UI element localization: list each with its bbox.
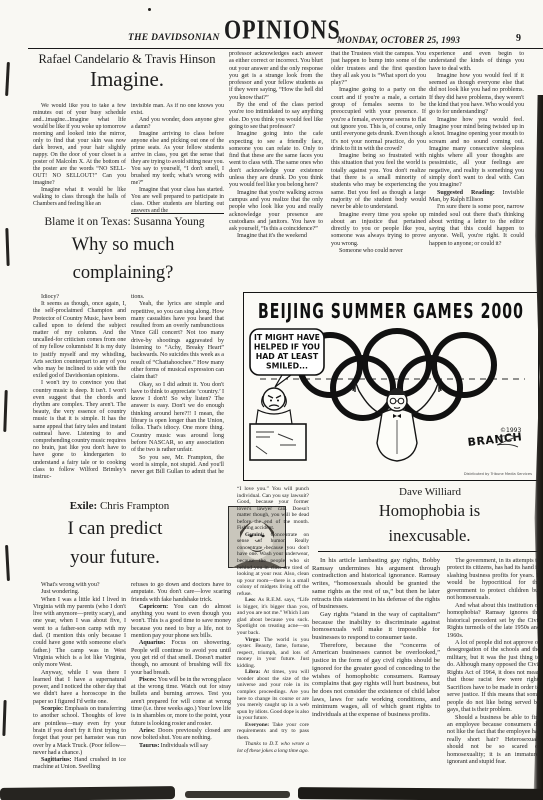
homophobia-headline-rule bbox=[318, 551, 540, 552]
masthead-paper-title: THE DAVIDSONIAN bbox=[128, 33, 220, 43]
speech-bubble: IT MIGHT HAVE HELPED IF YOU HAD AT LEAST… bbox=[250, 329, 324, 387]
scan-artifact-bottom-2 bbox=[185, 791, 290, 798]
syndication-credit: Distributed by Tribune Media Services bbox=[464, 472, 532, 476]
masthead-page-number: 9 bbox=[516, 33, 521, 44]
imagine-column-1: We would like you to take a few minutes … bbox=[33, 103, 126, 215]
scan-artifact-left-5 bbox=[2, 700, 6, 736]
copyright-text: ©1993 bbox=[500, 427, 521, 434]
scan-artifact-bottom-1 bbox=[0, 786, 175, 800]
cartoon-drawing: BEIJING SUMMER GAMES 2000 bbox=[244, 293, 538, 480]
imagine-headline: Imagine. bbox=[28, 64, 226, 96]
homophobia-column-1: In his article lambasting gay rights, Bo… bbox=[312, 557, 440, 769]
complaining-column-2: tions.Yeah, the lyrics are simple and re… bbox=[131, 294, 224, 476]
predict-byline-name: Chris Frampton bbox=[100, 500, 169, 512]
scan-artifact-left-3 bbox=[3, 390, 7, 432]
predict-headline-line1: I can predict bbox=[15, 514, 215, 543]
cartoonist-signature: BRANCH ©1993 Distributed by Tribune Medi… bbox=[464, 427, 532, 476]
predict-column-1: What's wrong with you?Just wondering.Whe… bbox=[33, 582, 126, 794]
masthead-date: MONDAY, OCTOBER 25, 1993 bbox=[337, 35, 460, 45]
hanging-gymnast-figure bbox=[353, 381, 441, 461]
complaining-headline-line2: complaining? bbox=[28, 259, 218, 287]
homophobia-headline-line2: inexcusable. bbox=[322, 523, 537, 548]
bubble-line-1: IT MIGHT HAVE bbox=[254, 333, 320, 342]
predict-byline-lead: Exile: bbox=[70, 500, 98, 512]
homophobia-headline-line1: Homophobia is bbox=[322, 498, 537, 523]
imagine-column-4: that the Trustees visit the campus. You … bbox=[331, 51, 426, 288]
bubble-line-4: SMILED... bbox=[266, 362, 308, 371]
homophobia-headline: Homophobia is inexcusable. bbox=[322, 498, 537, 548]
imagine-column-3: professor acknowledges each answer as ei… bbox=[229, 51, 323, 288]
homophobia-byline: Dave Williard bbox=[330, 486, 530, 498]
scan-artifact-bottom-3 bbox=[298, 787, 543, 800]
scan-artifact-speck bbox=[148, 8, 151, 11]
editorial-cartoon: BEIJING SUMMER GAMES 2000 bbox=[243, 292, 539, 481]
complaining-byline: Blame it on Texas: Susanna Young bbox=[22, 216, 227, 228]
bubble-line-2: HELPED IF YOU bbox=[254, 343, 320, 352]
judge-figure bbox=[250, 388, 306, 460]
newspaper-page: THE DAVIDSONIAN OPINIONS MONDAY, OCTOBER… bbox=[0, 0, 543, 800]
predict-byline: Exile: Chris Frampton bbox=[22, 500, 217, 512]
scan-artifact-left-4 bbox=[5, 545, 10, 581]
imagine-column-divider bbox=[131, 213, 224, 214]
imagine-column-2: invisible man. As if no one knows you ex… bbox=[131, 103, 224, 215]
complaining-column-1: Idiocy?It seems as though, once again, I… bbox=[33, 294, 126, 492]
complaining-headline-line1: Why so much bbox=[28, 231, 218, 259]
bubble-line-3: HAD AT LEAST bbox=[256, 352, 319, 361]
imagine-column-5: experience and even begin to understand … bbox=[429, 51, 524, 283]
predict-headline: I can predict your future. bbox=[15, 514, 215, 572]
masthead-rule bbox=[28, 48, 543, 49]
complaining-headline: Why so much complaining? bbox=[28, 231, 218, 287]
cartoon-title: BEIJING SUMMER GAMES 2000 bbox=[258, 299, 524, 323]
predict-headline-line2: your future. bbox=[15, 543, 215, 572]
predict-column-3: “I love you.” You will punch individual.… bbox=[237, 486, 309, 792]
masthead-section-title: OPINIONS bbox=[224, 14, 341, 47]
scan-artifact-left-2 bbox=[5, 228, 9, 266]
homophobia-column-2: The government, in its attempts to prote… bbox=[447, 557, 540, 777]
scan-artifact-left-1 bbox=[5, 62, 10, 96]
predict-column-2: refuses to go down and doctors have to a… bbox=[131, 582, 231, 792]
